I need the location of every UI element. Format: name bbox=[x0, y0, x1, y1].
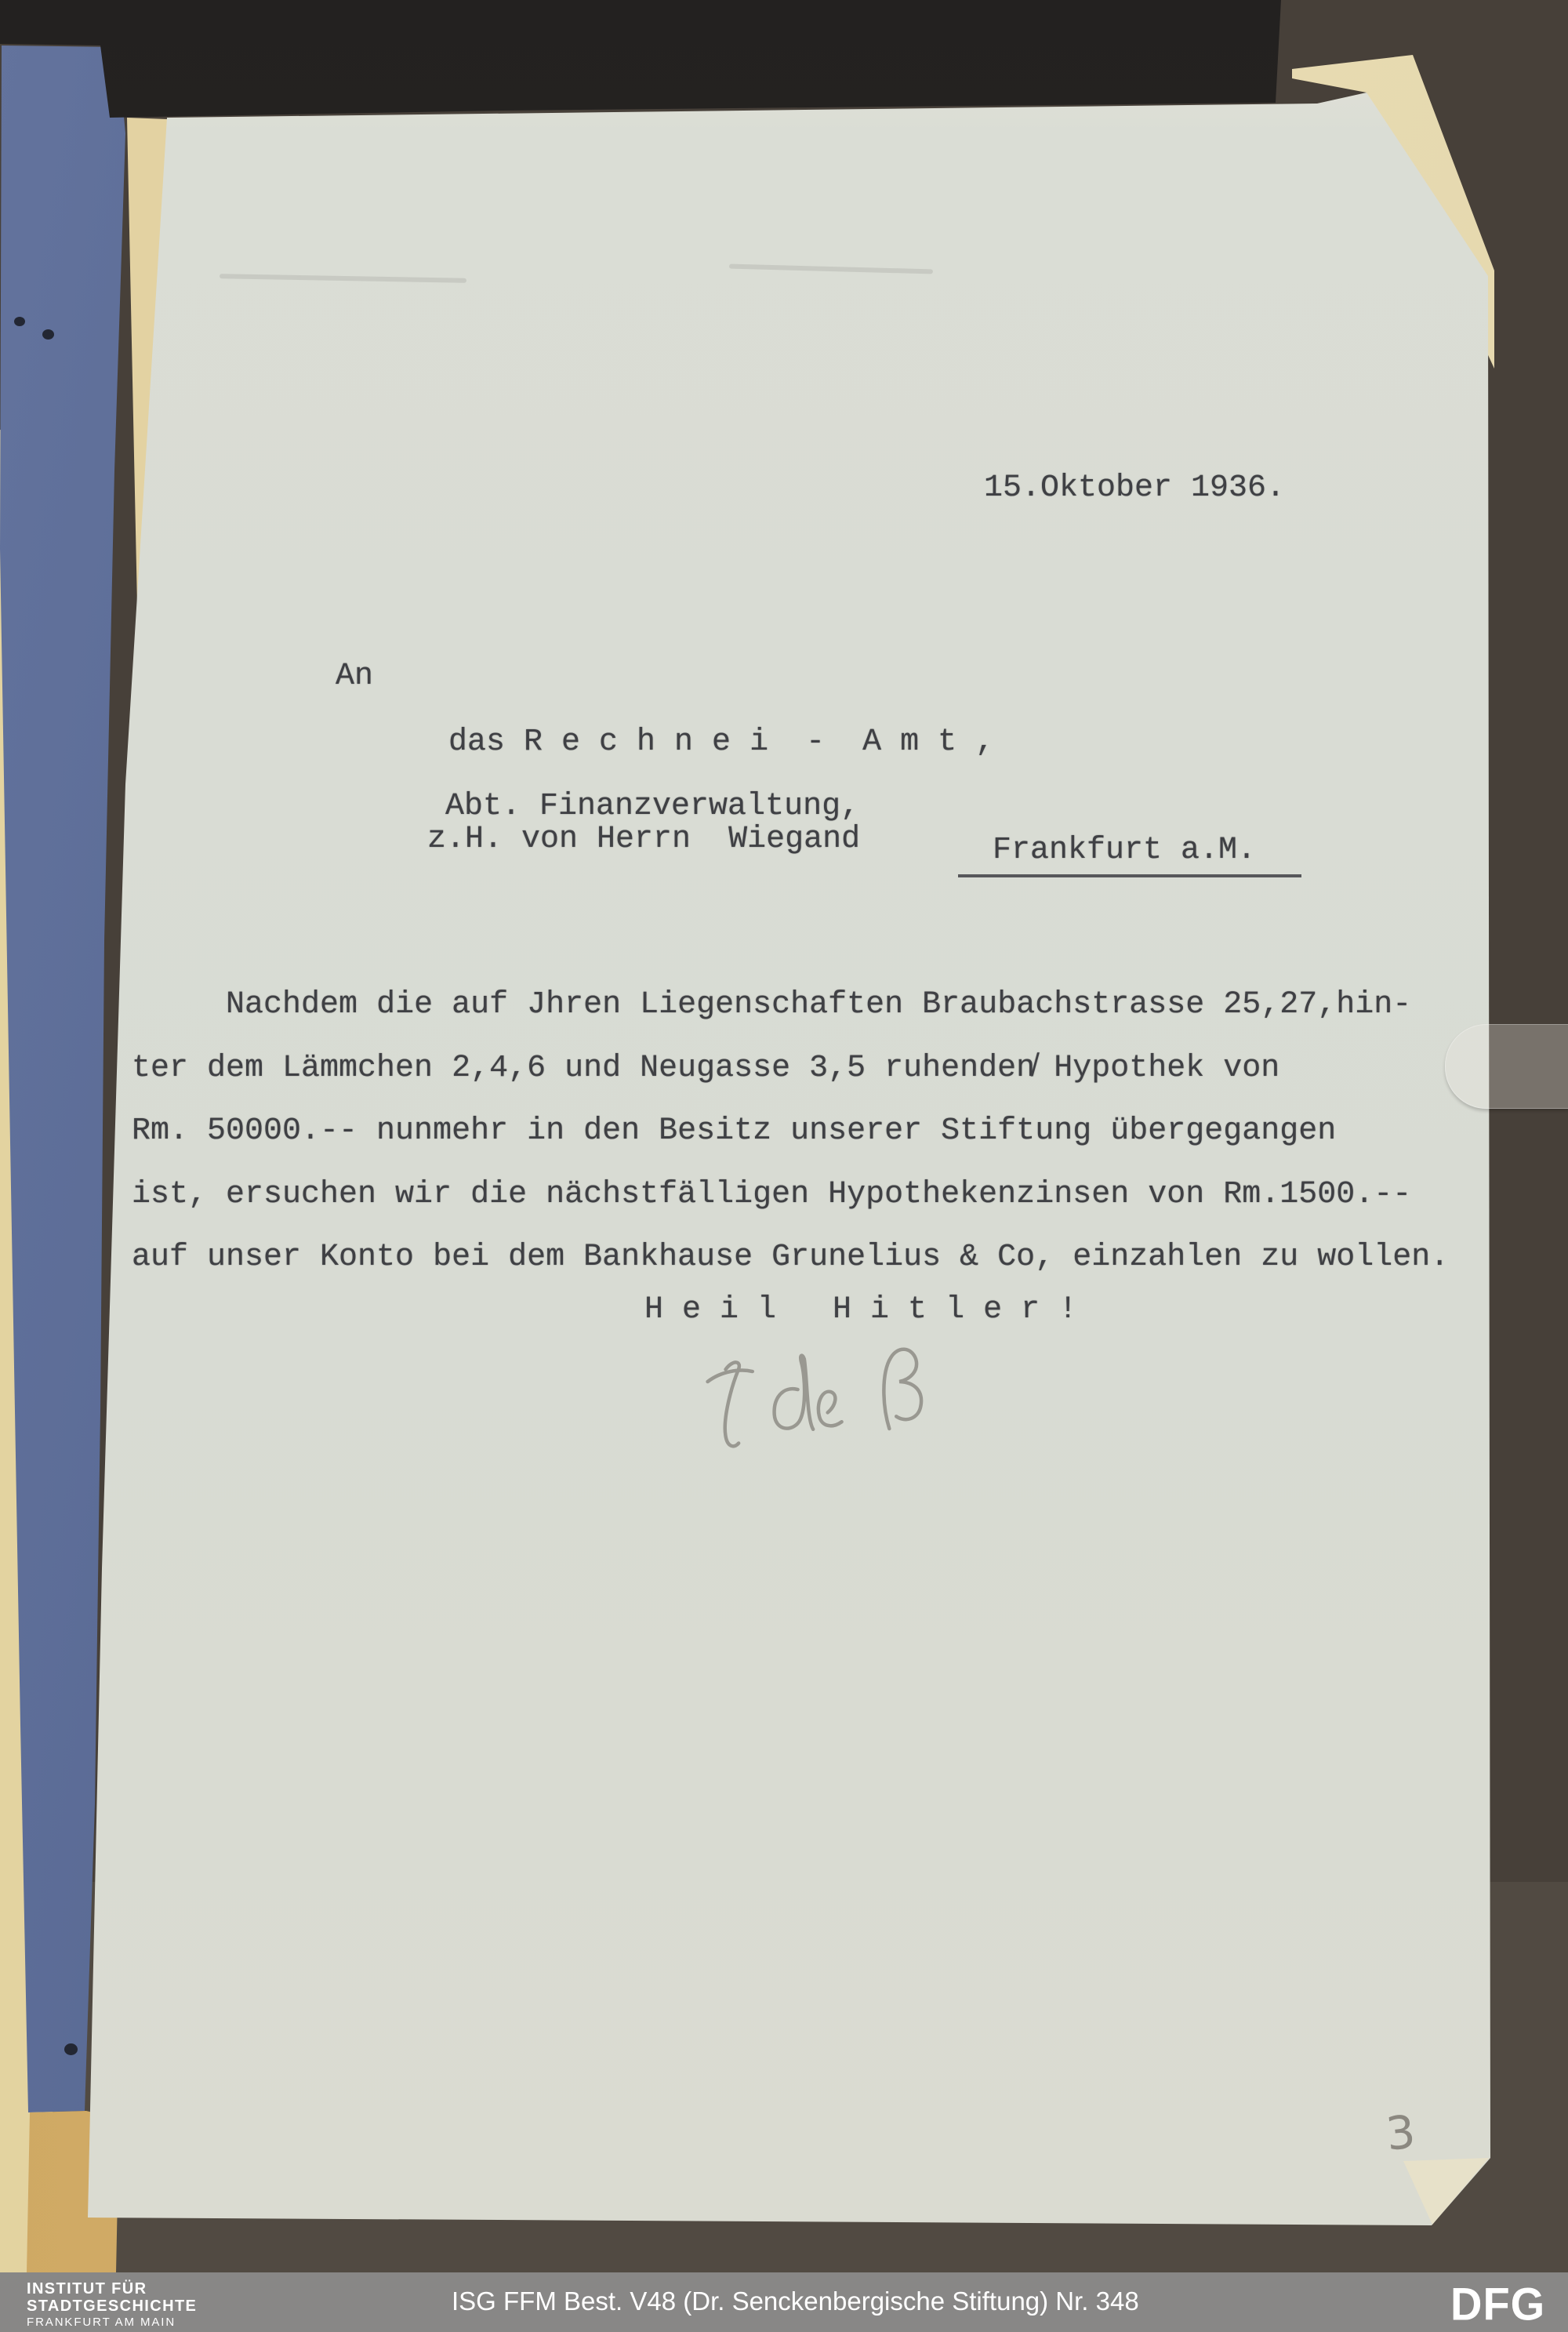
institute-name-line3: FRANKFURT AM MAIN bbox=[27, 2316, 197, 2328]
closing-line: H e i l H i t l e r ! bbox=[644, 1292, 1077, 1328]
translucent-mounting-tab bbox=[1445, 1024, 1568, 1109]
punch-hole bbox=[42, 329, 54, 340]
handwritten-initials bbox=[684, 1336, 960, 1495]
dfg-logo: DFG bbox=[1450, 2277, 1545, 2330]
recipient-department: Abt. Finanzverwaltung, bbox=[445, 789, 859, 824]
recipient-office: das R e c h n e i - A m t , bbox=[448, 725, 994, 760]
archive-footer-bar: INSTITUT FÜR STADTGESCHICHTE FRANKFURT A… bbox=[0, 2272, 1568, 2332]
punch-hole bbox=[64, 2043, 78, 2055]
letter-date: 15.Oktober 1936. bbox=[984, 470, 1285, 506]
institute-name-line1: INSTITUT FÜR bbox=[27, 2281, 197, 2297]
recipient-attention: z.H. von Herrn Wiegand bbox=[427, 822, 860, 857]
institute-logo-block: INSTITUT FÜR STADTGESCHICHTE FRANKFURT A… bbox=[27, 2281, 197, 2328]
pencil-page-number: 3 bbox=[1384, 2105, 1418, 2160]
institute-name-line2: STADTGESCHICHTE bbox=[27, 2298, 197, 2314]
archive-reference: ISG FFM Best. V48 (Dr. Senckenbergische … bbox=[452, 2287, 1139, 2316]
letter-body: Nachdem die auf Jhren Liegenschaften Bra… bbox=[132, 974, 1496, 1290]
punch-hole bbox=[14, 317, 25, 326]
salutation: An bbox=[336, 659, 373, 694]
recipient-city: Frankfurt a.M. bbox=[958, 833, 1301, 877]
